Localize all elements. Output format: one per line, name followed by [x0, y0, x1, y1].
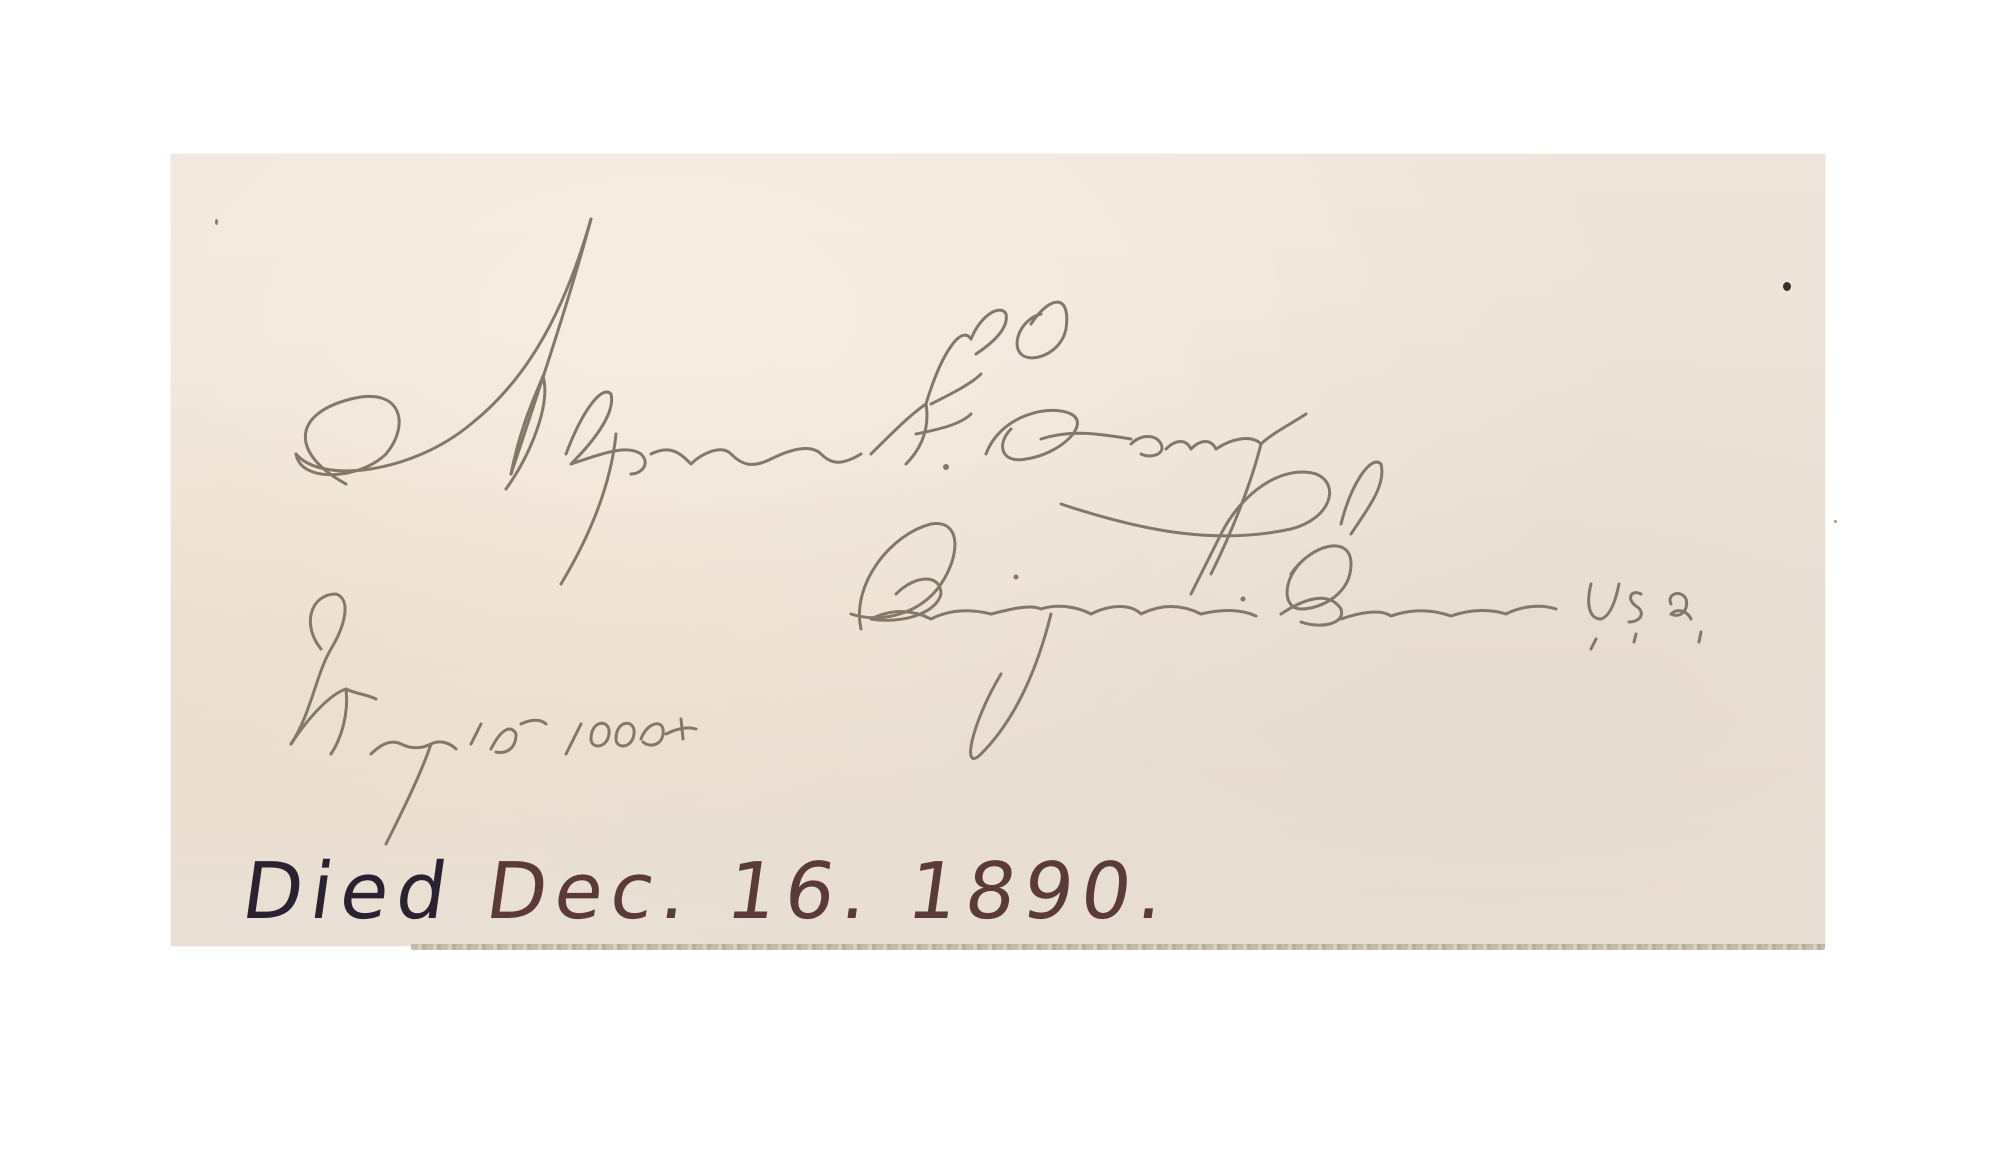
signature-date: May 15th 1885: [171, 154, 172, 155]
death-date-annotation: Died Dec. 16. 1890.: [237, 847, 1178, 937]
signature-name: Alfred H. Terry: [171, 154, 172, 155]
ink-speck: [1783, 282, 1791, 291]
ink-speck: [215, 219, 218, 225]
signature-title: Brigadier General U.S.A.: [171, 154, 172, 155]
ink-speck: [1834, 520, 1837, 523]
death-date: Dec. 16. 1890.: [481, 847, 1178, 937]
handwriting-strokes: [171, 154, 1825, 946]
died-word: Died: [237, 847, 461, 937]
torn-bottom-edge: [411, 944, 1825, 950]
autograph-card: Died Dec. 16. 1890. Alfred H. Terry Brig…: [171, 154, 1825, 946]
